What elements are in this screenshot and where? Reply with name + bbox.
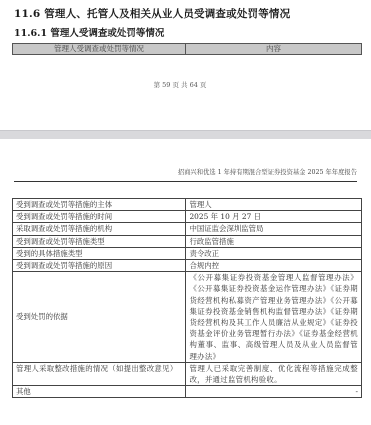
row-value: 管理人 [186, 199, 362, 211]
row-label: 采取调查或处罚等措施的机构 [13, 223, 186, 235]
table-row: 受到调查或处罚等措施的时间 2025 年 10 月 27 日 [13, 211, 362, 223]
row-label: 受到调查或处罚等措施的原因 [13, 260, 186, 272]
row-value: 责令改正 [186, 247, 362, 259]
table-row: 受到的具体措施类型 责令改正 [13, 247, 362, 259]
row-value: 行政监管措施 [186, 235, 362, 247]
row-label: 受到调查或处罚等措施类型 [13, 235, 186, 247]
running-header: 招商兴和优选 1 年持有期混合型证券投资基金 2025 年年度报告 [178, 167, 357, 176]
row-label: 受到调查或处罚等措施的主体 [13, 199, 186, 211]
section-title: 11.6 管理人、托管人及相关从业人员受调查或处罚等情况 [14, 6, 290, 21]
page-separator [0, 130, 371, 139]
row-value: 管理人已采取完善制度、优化流程等措施完成整改，并通过监管机构验收。 [186, 362, 362, 385]
header-cell-content: 内容 [186, 44, 362, 55]
header-table: 管理人受调查或处罚等情况 内容 [12, 43, 362, 55]
row-value: 合规内控 [186, 260, 362, 272]
page-number-footer: 第 59 页 共 64 页 [0, 80, 360, 89]
table-row: 受到处罚的依据 《公开募集证券投资基金管理人监督管理办法》《公开募集证券投资基金… [13, 272, 362, 363]
row-value: - [186, 386, 362, 398]
row-value: 2025 年 10 月 27 日 [186, 211, 362, 223]
row-label: 受到调查或处罚等措施的时间 [13, 211, 186, 223]
row-label: 其他 [13, 386, 186, 398]
row-value: 《公开募集证券投资基金管理人监督管理办法》《公开募集证券投资基金运作管理办法》《… [186, 272, 362, 363]
penalty-details-table: 受到调查或处罚等措施的主体 管理人 受到调查或处罚等措施的时间 2025 年 1… [12, 198, 362, 398]
table-row: 受到调查或处罚等措施的主体 管理人 [13, 199, 362, 211]
table-row: 受到调查或处罚等措施类型 行政监管措施 [13, 235, 362, 247]
table-row: 管理人采取整改措施的情况（如提出整改意见） 管理人已采取完善制度、优化流程等措施… [13, 362, 362, 385]
running-header-rule [14, 181, 357, 182]
subsection-title: 11.6.1 管理人受调查或处罚等情况 [14, 25, 164, 39]
row-label: 受到的具体措施类型 [13, 247, 186, 259]
row-label: 管理人采取整改措施的情况（如提出整改意见） [13, 362, 186, 385]
header-cell-situation: 管理人受调查或处罚等情况 [13, 44, 186, 55]
row-value: 中国证监会深圳监管局 [186, 223, 362, 235]
row-label: 受到处罚的依据 [13, 272, 186, 363]
table-row: 采取调查或处罚等措施的机构 中国证监会深圳监管局 [13, 223, 362, 235]
table-row: 受到调查或处罚等措施的原因 合规内控 [13, 260, 362, 272]
table-row: 其他 - [13, 386, 362, 398]
